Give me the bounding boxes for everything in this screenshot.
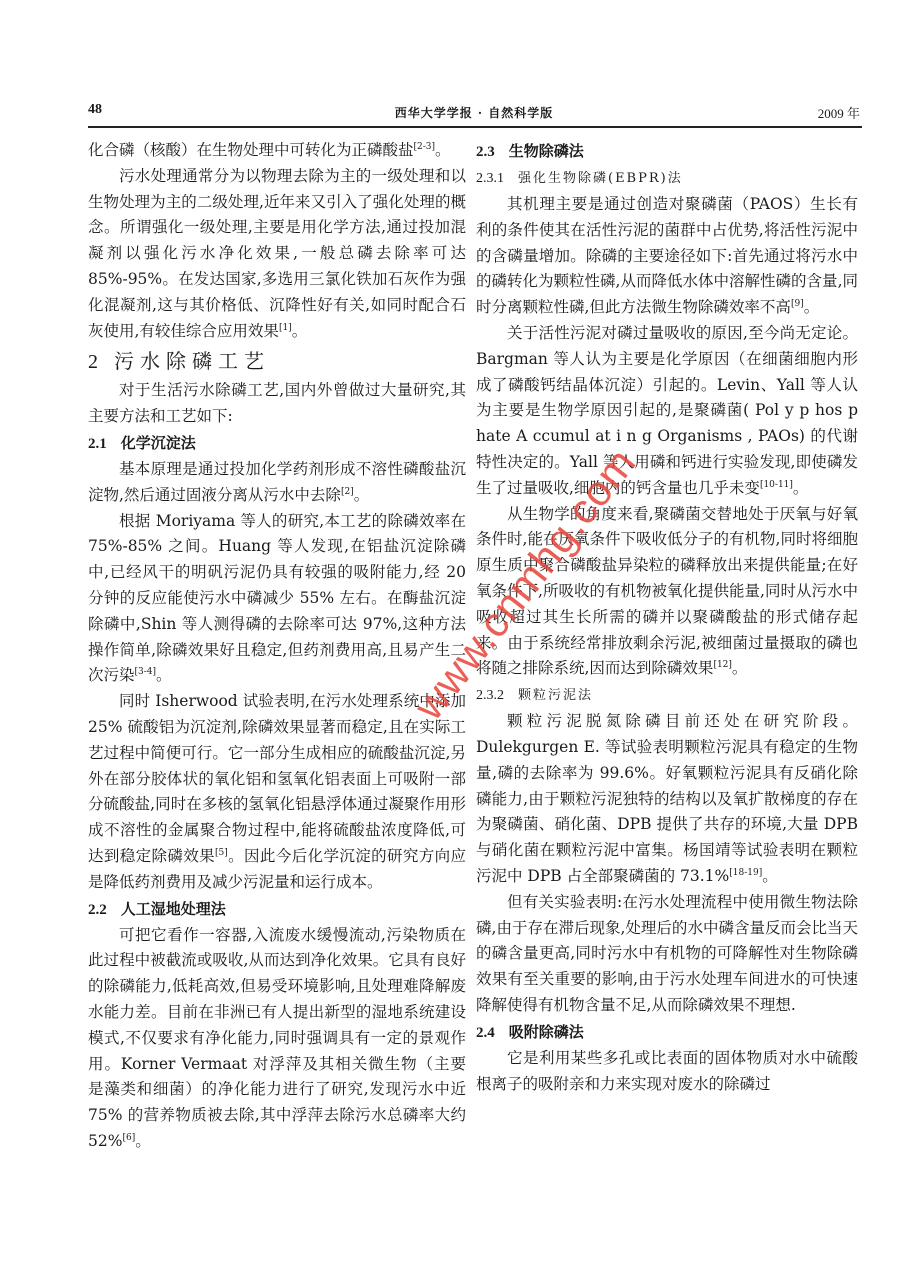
paragraph: 从生物学的角度来看,聚磷菌交替地处于厌氧与好氧条件时,能在厌氧条件下吸收低分子的… xyxy=(476,502,858,683)
paragraph: 它是利用某些多孔或比表面的固体物质对水中硫酸根离子的吸附亲和力来实现对废水的除磷… xyxy=(476,1046,858,1098)
subsection-heading: 2.4吸附除磷法 xyxy=(476,1019,858,1046)
citation: [10-11] xyxy=(760,480,793,490)
citation: [9] xyxy=(791,299,804,309)
citation: [6] xyxy=(122,1133,135,1143)
subsubsection-heading: 2.3.1强化生物除磷(EBPR)法 xyxy=(476,165,858,192)
paragraph: 对于生活污水除磷工艺,国内外曾做过大量研究,其主要方法和工艺如下: xyxy=(88,378,466,430)
running-header: 48 西华大学学报 · 自然科学版 2009 年 xyxy=(88,100,860,126)
subsection-heading: 2.2人工湿地处理法 xyxy=(88,896,466,923)
paragraph: 其机理主要是通过创造对聚磷菌（PAOS）生长有利的条件使其在活性污泥的菌群中占优… xyxy=(476,192,858,321)
citation: [2] xyxy=(341,487,354,497)
publication-year: 2009 年 xyxy=(818,103,860,122)
subsection-heading: 2.3生物除磷法 xyxy=(476,138,858,165)
subsubsection-heading: 2.3.2颗粒污泥法 xyxy=(476,682,858,709)
section-heading: 2污水除磷工艺 xyxy=(88,346,466,377)
paragraph: 根据 Moriyama 等人的研究,本工艺的除磷效率在 75%-85% 之间。H… xyxy=(88,509,466,690)
paragraph: 同时 Isherwood 试验表明,在污水处理系统中添加 25% 硫酸铝为沉淀剂… xyxy=(88,689,466,895)
paragraph: 化合磷（核酸）在生物处理中可转化为正磷酸盐[2-3]。 xyxy=(88,138,466,164)
paragraph: 基本原理是通过投加化学药剂形成不溶性磷酸盐沉淀物,然后通过固液分离从污水中去除[… xyxy=(88,457,466,509)
paragraph: 关于活性污泥对磷过量吸收的原因,至今尚无定论。Bargman 等人认为主要是化学… xyxy=(476,321,858,502)
left-column: 化合磷（核酸）在生物处理中可转化为正磷酸盐[2-3]。 污水处理通常分为以物理去… xyxy=(88,138,466,1155)
citation: [2-3] xyxy=(414,142,436,152)
citation: [18-19] xyxy=(729,868,762,878)
citation: [3-4] xyxy=(135,667,157,677)
paragraph: 但有关实验表明:在污水处理流程中使用微生物法除磷,由于存在滞后现象,处理后的水中… xyxy=(476,890,858,1019)
paragraph: 污水处理通常分为以物理去除为主的一级处理和以生物处理为主的二级处理,近年来又引入… xyxy=(88,164,466,345)
paragraph: 可把它看作一容器,入流废水缓慢流动,污染物质在此过程中被截流或吸收,从而达到净化… xyxy=(88,923,466,1155)
header-rule xyxy=(88,126,862,128)
paragraph: 颗粒污泥脱氮除磷目前还处在研究阶段。Dulekgurgen E. 等试验表明颗粒… xyxy=(476,709,858,890)
right-column: 2.3生物除磷法 2.3.1强化生物除磷(EBPR)法 其机理主要是通过创造对聚… xyxy=(476,138,858,1097)
citation: [12] xyxy=(713,660,731,670)
citation: [5] xyxy=(215,848,228,858)
citation: [1] xyxy=(279,323,292,333)
subsection-heading: 2.1化学沉淀法 xyxy=(88,430,466,457)
journal-title: 西华大学学报 · 自然科学版 xyxy=(88,104,860,121)
